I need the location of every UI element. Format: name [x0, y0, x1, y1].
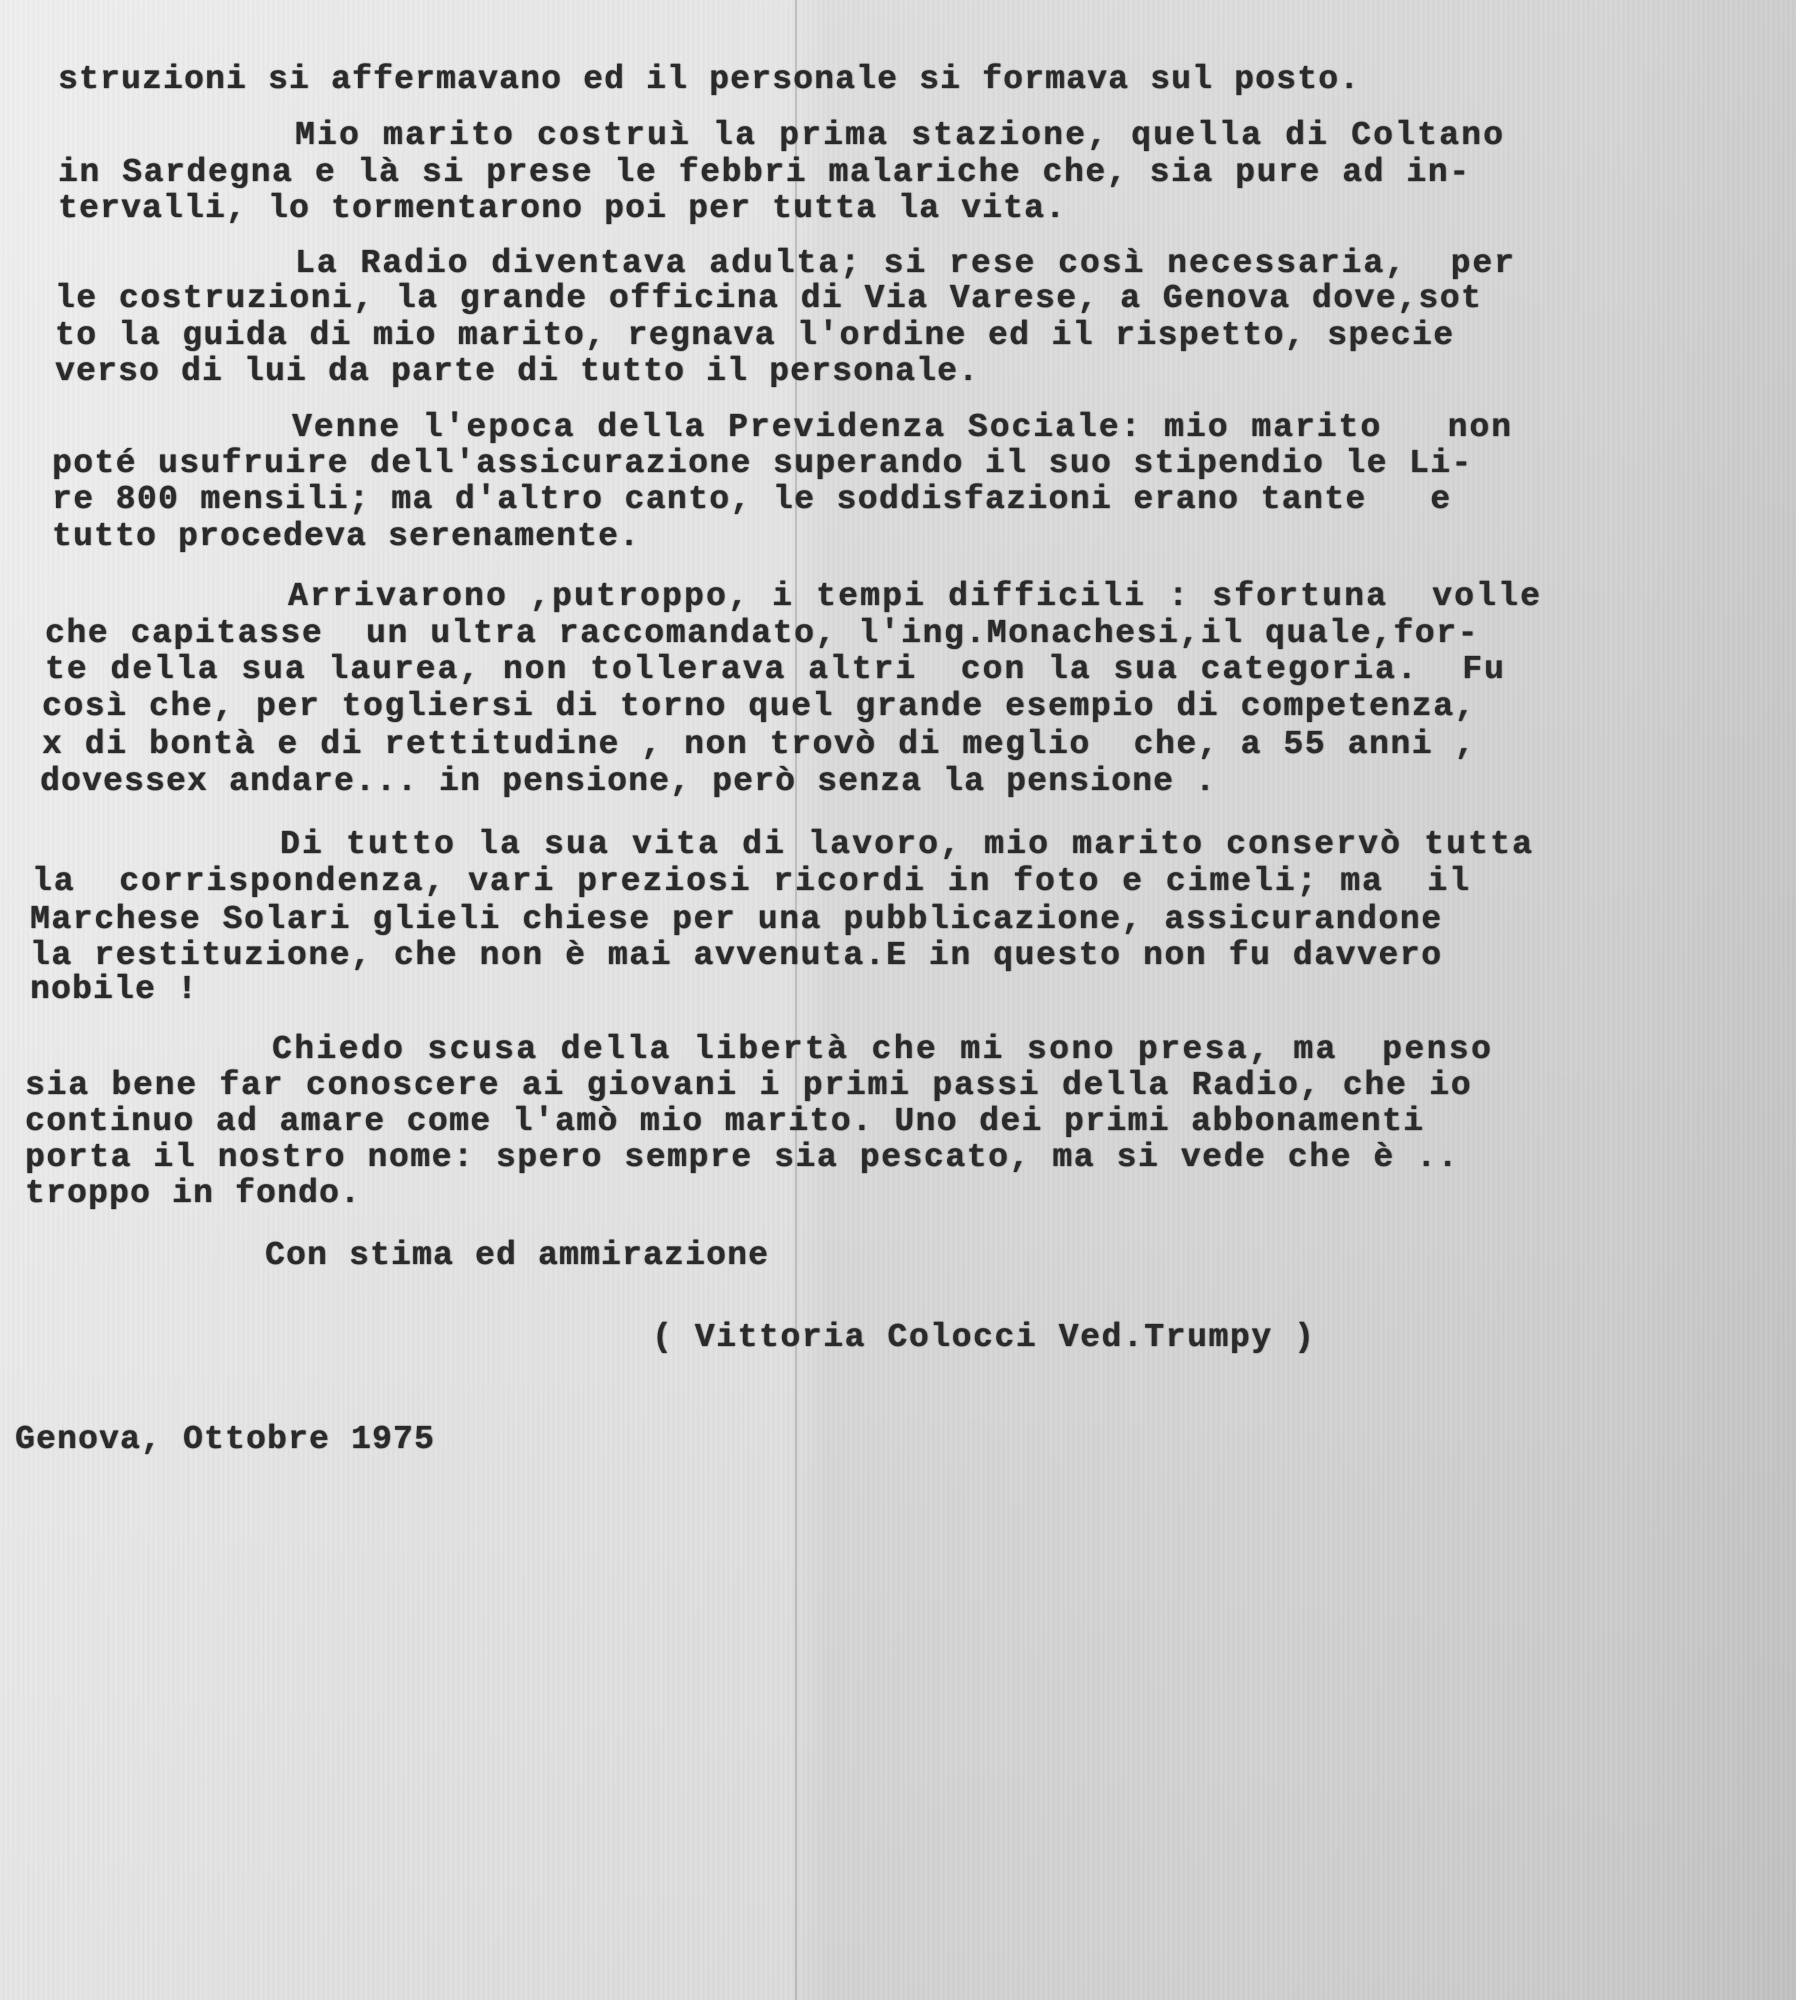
letter-line: che capitasse un ultra raccomandato, l'i…: [45, 616, 1479, 652]
letter-line: te della sua laurea, non tollerava altri…: [45, 652, 1506, 688]
letter-line: tervalli, lo tormentarono poi per tutta …: [58, 191, 1066, 227]
letter-place-date: Genova, Ottobre 1975: [15, 1422, 435, 1458]
letter-line: così che, per togliersi di torno quel gr…: [42, 689, 1476, 725]
paragraph-first-line: Chiedo scusa della libertà che mi sono p…: [272, 1032, 1493, 1068]
paragraph-first-line: Di tutto la sua vita di lavoro, mio mari…: [280, 827, 1534, 863]
letter-line: la corrispondenza, vari preziosi ricordi…: [32, 864, 1471, 900]
letter-line: verso di lui da parte di tutto il person…: [55, 354, 979, 390]
paragraph-first-line: Venne l'epoca della Previdenza Sociale: …: [292, 410, 1513, 446]
letter-line: le costruzioni, la grande officina di Vi…: [55, 281, 1482, 317]
letter-line: x di bontà e di rettitudine , non trovò …: [42, 727, 1476, 763]
letter-line: la restituzione, che non è mai avvenuta.…: [30, 938, 1443, 974]
paragraph-first-line: La Radio diventava adulta; si rese così …: [295, 246, 1516, 282]
letter-line: nobile !: [30, 972, 198, 1008]
letter-signature: ( Vittoria Colocci Ved.Trumpy ): [652, 1320, 1316, 1356]
letter-line: to la guida di mio marito, regnava l'ord…: [55, 318, 1454, 354]
letter-line: re 800 mensili; ma d'altro canto, le sod…: [52, 482, 1451, 518]
letter-line: struzioni si affermavano ed il personale…: [58, 62, 1360, 98]
letter-line: dovessex andare... in pensione, però sen…: [40, 764, 1216, 800]
letter-closing: Con stima ed ammirazione: [265, 1238, 769, 1274]
letter-line: porta il nostro nome: spero sempre sia p…: [25, 1140, 1459, 1176]
letter-line: tutto procedeva serenamente.: [52, 519, 640, 555]
paragraph-first-line: Arrivarono ,putroppo, i tempi difficili …: [288, 579, 1542, 615]
letter-line: troppo in fondo.: [25, 1176, 361, 1212]
letter-line: in Sardegna e là si prese le febbri mala…: [58, 155, 1471, 191]
letter-line: poté usufruire dell'assicurazione supera…: [52, 446, 1473, 482]
letter-line: continuo ad amare come l'amò mio marito.…: [25, 1104, 1424, 1140]
paragraph-first-line: Mio marito costruì la prima stazione, qu…: [295, 118, 1505, 154]
letter-line: Marchese Solari glieli chiese per una pu…: [30, 902, 1443, 938]
letter-line: sia bene far conoscere ai giovani i prim…: [25, 1068, 1472, 1104]
